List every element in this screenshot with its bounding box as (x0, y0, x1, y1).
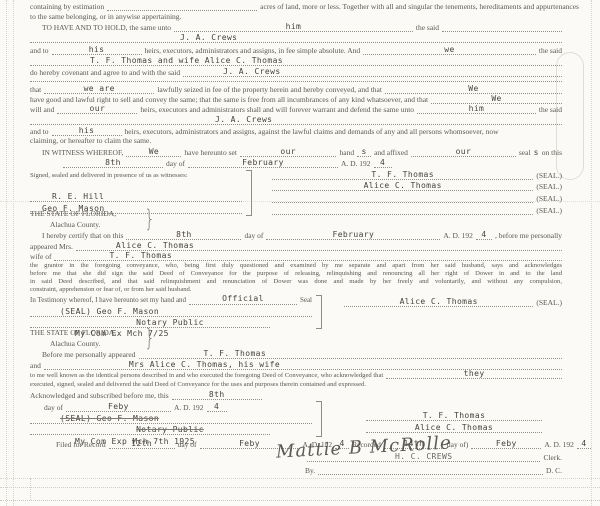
day-blank: 8th (63, 158, 163, 168)
left-margin-dotted-line (6, 0, 7, 506)
ack-signature-row-1: T. F. Thomas (366, 410, 562, 421)
printed-text: TO HAVE AND TO HOLD, the same unto (30, 23, 171, 32)
acknowledged-line: Acknowledged and subscribed before me, t… (30, 389, 562, 400)
printed-text: that (30, 85, 41, 94)
printed-text: and to (30, 127, 49, 136)
line-grantee-name-2: J. A. Crews (30, 115, 562, 125)
line-will-and: will and our heirs, executors and admini… (30, 105, 562, 114)
we-blank-2: We (385, 84, 562, 94)
notary-signature-line: (SEAL) Geo F. Mason (30, 306, 312, 317)
printed-text: A. D. 192 (174, 403, 204, 412)
printed-text: heirs, executors, administrators and ass… (125, 127, 499, 136)
line-claims-2: claiming, or hereafter to claim the same… (30, 137, 562, 145)
witness-clause: Signed, sealed and delivered in presence… (30, 170, 242, 179)
seal-label: (SEAL.) (536, 182, 562, 191)
printed-text: A. D. 192 (544, 440, 574, 449)
unto-blank: him (174, 22, 413, 32)
printed-text: heirs, executors and administrators shal… (140, 105, 414, 114)
said-blank (442, 31, 562, 32)
typed-s: s (361, 147, 366, 156)
printed-text: on this (542, 148, 562, 157)
witness-1-row: R. E. Hill (30, 191, 242, 202)
our-blank-2: our (240, 147, 337, 157)
typed-grantee: J. A. Crews (180, 33, 237, 42)
line-grantors: T. F. Thomas and wife Alice C. Thomas (30, 56, 562, 66)
printed-text: , before me personally (495, 231, 562, 240)
typed-signature-2: Alice C. Thomas (364, 181, 442, 190)
typed-month: February (333, 230, 375, 239)
typed-grantors: T. F. Thomas and wife Alice C. Thomas (90, 56, 283, 65)
printed-text: containing by estimation (30, 2, 104, 11)
year-blank: 4 (374, 158, 392, 168)
hand-s-blank: s (357, 147, 371, 157)
typed-grantee: J. A. Crews (215, 115, 272, 124)
line-and-to-heirs: and to his heirs, executors, administrat… (30, 44, 562, 55)
printed-text: Signed, sealed and delivered in presence… (30, 172, 187, 179)
typed-year: 4 (481, 230, 486, 239)
we-are-blank: we are (44, 84, 154, 94)
typed-they: they (464, 369, 485, 378)
state-line: THE STATE OF FLORIDA, (30, 207, 562, 218)
seal-row-2: Alice C. Thomas (SEAL.) (272, 181, 562, 191)
typed-year: 4 (380, 158, 385, 167)
typed-notary-signature: (SEAL) Geo F. Mason (60, 414, 159, 423)
grantee-blank-2: J. A. Crews (30, 115, 562, 125)
joint-acknowledgment-section: } THE STATE OF FLORIDA, Alachua County. … (30, 326, 562, 447)
appeared-line: appeared Mrs. Alice C. Thomas (30, 241, 562, 251)
grantors-blank: T. F. Thomas and wife Alice C. Thomas (30, 56, 562, 66)
county-line: Alachua County. (30, 219, 562, 229)
testimony-bracket (316, 295, 322, 329)
printed-text: the said (416, 23, 439, 32)
printed-text: seal (519, 148, 531, 157)
printed-text: In Testimony whereof, I have hereunto se… (30, 296, 186, 305)
typed-before-name: T. F. Thomas (204, 349, 267, 358)
his-blank-2: his (52, 126, 122, 136)
typed-notary-signature: (SEAL) Geo F. Mason (60, 307, 159, 316)
printed-text: Before me personally appeared (30, 350, 136, 359)
before-me-line: Before me personally appeared T. F. Thom… (30, 349, 562, 359)
printed-text: have hereunto set (184, 148, 236, 157)
printed-text: I hereby certify that on this (30, 231, 123, 240)
empty-rule (30, 81, 562, 82)
covenant-blank: J. A. Crews (183, 67, 562, 77)
printed-text: and to (30, 46, 49, 55)
printed-text: the said (539, 46, 562, 55)
witness-1-blank: R. E. Hill (30, 192, 242, 202)
typed-month: Feby (496, 439, 517, 448)
printed-text: wife of (30, 252, 51, 261)
typed-official: Official (222, 294, 264, 303)
line-date: 8th day of February A. D. 192 4 (30, 158, 562, 168)
seal-label: (SEAL.) (536, 298, 562, 307)
printed-text: A. D. 192 (443, 231, 473, 240)
typed-our: our (90, 104, 106, 113)
typed-him: him (469, 104, 485, 113)
line-to-have-and-to-hold: TO HAVE AND TO HOLD, the same unto him t… (30, 22, 562, 32)
typed-we: We (149, 147, 159, 156)
left-margin-dotted-line-2 (13, 0, 14, 506)
clerk-label: Clerk. (543, 453, 562, 462)
county-label: Alachua County. (30, 339, 100, 348)
ack-signature-blank-2: Alice C. Thomas (366, 423, 542, 433)
deputy-clerk-label: D. C. (546, 466, 562, 475)
ack-day-blank: 8th (172, 390, 262, 400)
typed-month: Feby (239, 439, 260, 448)
we-blank-3: We (431, 94, 562, 104)
printed-text: IN WITNESS WHEREOF, (30, 148, 123, 157)
signature-blank-3 (272, 202, 533, 203)
line-covenant: do hereby covenant and agree to and with… (30, 67, 562, 77)
typed-signature-1: T. F. Thomas (371, 170, 434, 179)
printed-text: day of (244, 231, 263, 240)
month-blank: February (266, 230, 440, 240)
known-line-2: executed, signed, sealed and delivered t… (30, 380, 562, 388)
signature-blank-2: Alice C. Thomas (272, 181, 533, 191)
printed-text: do hereby covenant and agree to and with… (30, 68, 180, 77)
state-county-brace-2: } (144, 324, 155, 352)
typed-year: 4 (581, 439, 586, 448)
ack-signature-row-2: Alice C. Thomas (366, 422, 562, 433)
typed-appeared-name: Alice C. Thomas (116, 241, 194, 250)
filing-block: Filed for Record 12th day of Feby A. D. … (36, 439, 562, 476)
printed-text: will and (30, 105, 54, 114)
deputy-clerk-blank (318, 474, 543, 475)
day-of-line: day of Feby A. D. 192 4 (30, 401, 312, 412)
bottom-vertical-tick (30, 478, 31, 500)
typed-we: We (491, 94, 501, 103)
year-blank: 4 (476, 230, 492, 240)
month-blank: February (188, 158, 338, 168)
recorded-month-blank: Feby (471, 439, 541, 449)
line-claims: and to his heirs, executors, administrat… (30, 126, 562, 136)
bottom-rule-1 (0, 478, 600, 479)
filed-day-blank: 12th (109, 439, 175, 449)
dower-paragraph-line-1: the grantor in the foregoing conveyance,… (30, 262, 562, 269)
typed-grantee: J. A. Crews (223, 67, 280, 76)
county-label: Alachua County. (30, 220, 100, 229)
by-label: By. (305, 466, 315, 475)
bottom-rule-2 (0, 487, 600, 488)
ack-signature-blank-1: T. F. Thomas (366, 411, 542, 421)
typed-year: 4 (214, 402, 219, 411)
typed-s: s (534, 148, 539, 157)
typed-him: him (286, 22, 302, 31)
notary-title-blank-2: Notary Public (30, 425, 270, 435)
wife-of-line: wife of T. F. Thomas (30, 252, 562, 261)
notary-signature-blank: (SEAL) Geo F. Mason (30, 307, 312, 317)
printed-text: day of (166, 159, 185, 168)
him-blank: him (417, 104, 536, 114)
dower-signature-blank: Alice C. Thomas (344, 297, 533, 307)
county-line-2: Alachua County. (30, 338, 562, 348)
known-line-1: to me well known as the identical person… (30, 371, 562, 379)
right-margin-dotted-line (591, 0, 592, 506)
official-blank: Official (189, 294, 297, 305)
typed-our: our (456, 147, 472, 156)
bottom-rule-3 (0, 500, 600, 501)
typed-we: we (444, 45, 454, 54)
printed-text: have good and lawful right to sell and c… (30, 95, 428, 104)
dower-paragraph-line-3: in said Deed described, and that said re… (30, 278, 562, 285)
seal-row-3: (SEAL.) (272, 192, 562, 203)
line-that-we-are: that we are lawfully seized in fee of th… (30, 83, 562, 94)
printed-text: to the same belonging, or in anywise app… (30, 12, 181, 21)
printed-text: to me well known as the identical person… (30, 372, 383, 379)
typed-month: February (242, 158, 284, 167)
typed-dower-signature: Alice C. Thomas (400, 297, 478, 306)
dower-acknowledgment-section: } THE STATE OF FLORIDA, Alachua County. … (30, 207, 562, 339)
printed-text: acres of land, more or less. Together wi… (260, 2, 579, 11)
printed-text: day of (178, 440, 197, 449)
typed-notary-title: Notary Public (136, 425, 204, 434)
line-belonging: to the same belonging, or in anywise app… (30, 12, 562, 21)
testimony-line: In Testimony whereof, I have hereunto se… (30, 295, 312, 305)
printed-text: A. D. 192 (341, 159, 371, 168)
appeared-blank: Alice C. Thomas (76, 241, 562, 251)
typed-witness-1: R. E. Hill (52, 192, 104, 201)
state-label: THE STATE OF FLORIDA, (30, 328, 116, 337)
witness-empty-row (30, 180, 242, 190)
we-blank: we (363, 45, 536, 55)
typed-day: 8th (176, 230, 192, 239)
typed-day: 12th (131, 439, 152, 448)
our-blank-3: our (411, 147, 516, 157)
line-good-right: have good and lawful right to sell and c… (30, 95, 562, 104)
recorded-year-blank: 4 (577, 439, 591, 449)
state-county-brace: } (144, 205, 155, 233)
recorded-deed-page: containing by estimation acres of land, … (0, 0, 600, 506)
printed-text: day of (30, 403, 63, 412)
printed-text: lawfully seized in fee of the property h… (157, 85, 382, 94)
acres-blank (107, 10, 257, 11)
printed-text: and affixed (374, 148, 408, 157)
we-blank-4: We (126, 147, 181, 157)
printed-text: claiming, or hereafter to claim the same… (30, 136, 151, 145)
his-blank: his (52, 45, 142, 55)
dower-seal-row: Alice C. Thomas (SEAL.) (344, 295, 562, 307)
typed-his: his (79, 126, 95, 135)
typed-his: his (89, 45, 105, 54)
deputy-clerk-line: By. D. C. (36, 463, 562, 475)
typed-month: Feby (108, 402, 129, 411)
printed-text: heirs, executors, administrators and ass… (145, 46, 361, 55)
typed-day: 8th (105, 158, 121, 167)
typed-and-name: Mrs Alice C. Thomas, his wife (129, 360, 280, 369)
blank-rule-line (30, 78, 562, 82)
year-blank-2: 4 (207, 402, 227, 412)
notary-bracket-2 (316, 401, 322, 437)
notary-title-line-2: Notary Public (30, 425, 312, 435)
before-blank: T. F. Thomas (139, 349, 563, 359)
dower-paragraph-line-4: constraint, apprehension or fear of, or … (30, 286, 562, 293)
our-blank: our (57, 104, 137, 114)
printed-text: hand (339, 148, 354, 157)
printed-text: the said (539, 105, 562, 114)
seal-row-1: T. F. Thomas (SEAL.) (272, 170, 562, 180)
line-in-witness-whereof: IN WITNESS WHEREOF, We have hereunto set… (30, 146, 562, 157)
month-blank-2: Feby (66, 402, 171, 412)
seal-label: (SEAL.) (536, 171, 562, 180)
typed-we-are: we are (84, 84, 115, 93)
deed-body-section: containing by estimation acres of land, … (30, 2, 562, 216)
typed-signature-2: Alice C. Thomas (415, 423, 493, 432)
printed-text: Filed for Record (36, 440, 106, 449)
typed-day: 8th (209, 390, 225, 399)
typed-wife-name: T. F. Thomas (109, 251, 172, 260)
certify-line: I hereby certify that on this 8th day of… (30, 230, 562, 240)
printed-text: appeared Mrs. (30, 242, 73, 251)
signature-blank-1: T. F. Thomas (272, 170, 533, 180)
seal-label: (SEAL.) (536, 194, 562, 203)
they-blank: they (386, 369, 562, 379)
dower-paragraph-line-2: before me that she did sign the said Dee… (30, 270, 562, 277)
state-label: THE STATE OF FLORIDA, (30, 209, 116, 218)
printed-text: Seal (300, 296, 312, 305)
typed-our: our (280, 147, 296, 156)
line-grantee-name-1: J. A. Crews (30, 33, 562, 43)
grantee-blank: J. A. Crews (30, 33, 562, 43)
wife-blank: T. F. Thomas (54, 251, 562, 261)
line-containing-by-estimation: containing by estimation acres of land, … (30, 2, 562, 11)
printed-text: and (30, 361, 41, 370)
typed-we: We (468, 84, 478, 93)
printed-text: executed, signed, sealed and delivered t… (30, 381, 366, 388)
notary-signature-blank-2: (SEAL) Geo F. Mason (30, 414, 312, 424)
printed-text: Acknowledged and subscribed before me, t… (30, 391, 169, 400)
state-line-2: THE STATE OF FLORIDA, (30, 326, 562, 337)
notary-signature-line-2: (SEAL) Geo F. Mason (30, 413, 312, 424)
typed-signature-1: T. F. Thomas (423, 411, 486, 420)
